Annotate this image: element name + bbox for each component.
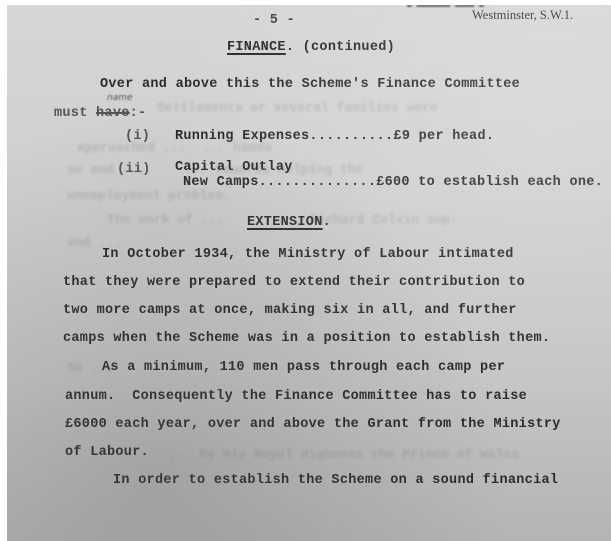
- finance-intro-line: Over and above this the Scheme's Finance…: [100, 77, 520, 92]
- letterhead-address: Westminster, S.W.1.: [472, 8, 573, 23]
- handwritten-correction: name: [107, 93, 133, 103]
- item-label: Running Expenses..........£9 per head.: [175, 129, 494, 144]
- item-number: (i): [125, 129, 150, 144]
- bleed-through-text: ... by His Royal Highness the Prince of …: [137, 447, 519, 462]
- section-heading-extension: EXTENSION.: [247, 215, 331, 230]
- item-label: Capital Outlay: [175, 160, 293, 175]
- paragraph-line: In October 1934, the Ministry of Labour …: [102, 247, 514, 262]
- heading-text: FINANCE: [227, 40, 286, 55]
- item-number: (ii): [117, 162, 151, 177]
- heading-suffix: .: [323, 215, 331, 230]
- document-photo: Settlements or several families were app…: [7, 5, 611, 541]
- paragraph-line: camps when the Scheme was in a position …: [63, 331, 550, 346]
- paragraph-line: that they were prepared to extend their …: [63, 275, 525, 290]
- paragraph-line: £6000 each year, over and above the Gran…: [65, 417, 561, 432]
- paragraph-line: As a minimum, 110 men pass through each …: [102, 360, 505, 375]
- page-number: - 5 -: [253, 13, 295, 28]
- paragraph-line: annum. Consequently the Finance Committe…: [65, 389, 527, 404]
- section-heading-finance: FINANCE. (continued): [227, 40, 395, 55]
- struck-word: have: [96, 106, 130, 121]
- paragraph-line: two more camps at once, making six in al…: [63, 303, 517, 318]
- bleed-through-text: Settlements or several families were: [157, 100, 438, 115]
- heading-text: EXTENSION: [247, 215, 323, 230]
- letterhead-cut-text: ▬ ▬▬▬▬▬▬▬ ▬▬▬▬ ▬: [407, 5, 527, 7]
- item-sublabel: New Camps..............£600 to establish…: [183, 175, 603, 190]
- bleed-through-text: unemployment problem.: [67, 188, 231, 203]
- paragraph-line: In order to establish the Scheme on a so…: [113, 473, 558, 488]
- paragraph-line: of Labour.: [65, 445, 149, 460]
- heading-suffix: . (continued): [286, 40, 395, 55]
- finance-intro-line: must have:-: [54, 106, 146, 121]
